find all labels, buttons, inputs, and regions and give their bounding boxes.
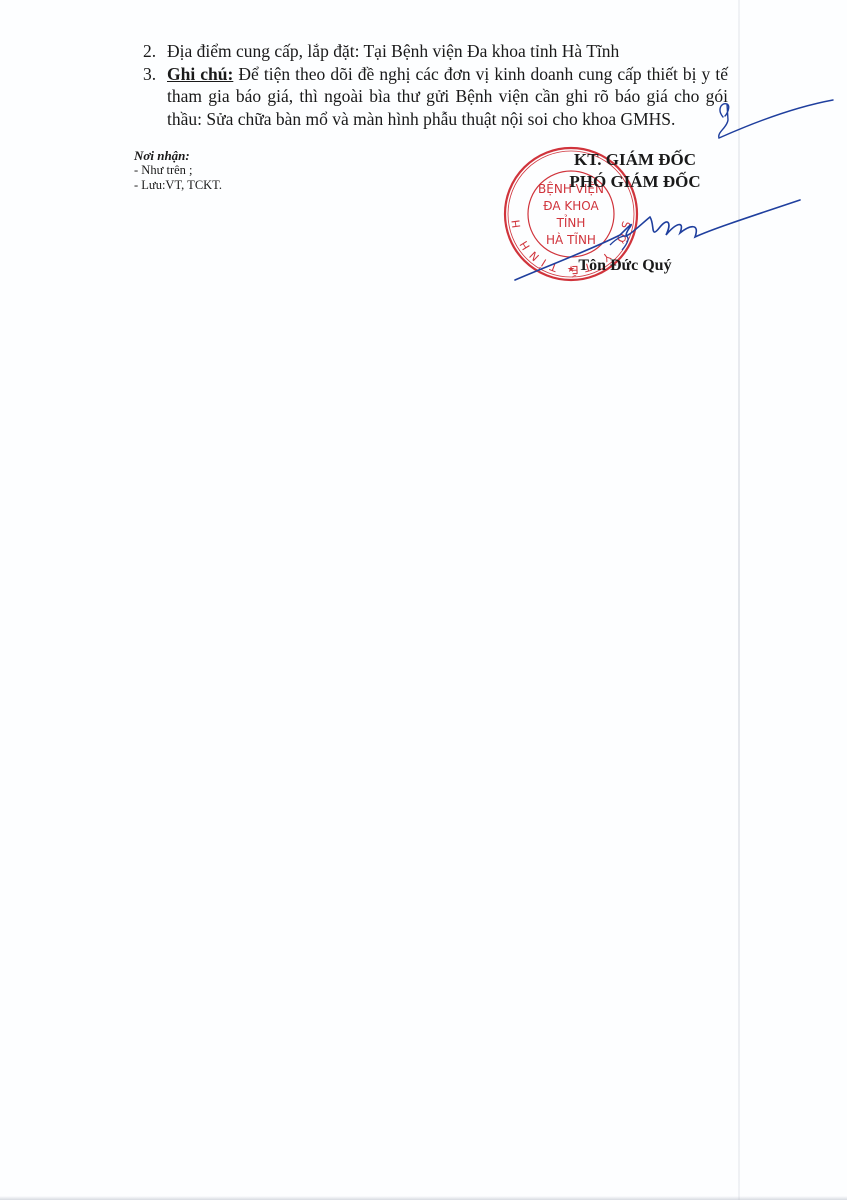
initial-mark-icon <box>715 92 835 152</box>
recipients-title: Nơi nhận: <box>134 148 222 163</box>
signature-title-block: KT. GIÁM ĐỐC PHÓ GIÁM ĐỐC <box>530 149 740 193</box>
list-text: Địa điểm cung cấp, lắp đặt: Tại Bệnh việ… <box>167 40 728 63</box>
list-item: 3. Ghi chú: Để tiện theo dõi đề nghị các… <box>143 63 728 131</box>
signature-title-line1: KT. GIÁM ĐỐC <box>530 149 740 171</box>
signer-name: Tôn Đức Quý <box>540 257 710 275</box>
recipient-item: - Như trên ; <box>134 163 222 178</box>
recipients-block: Nơi nhận: - Như trên ; - Lưu:VT, TCKT. <box>134 148 222 193</box>
list-text: Ghi chú: Để tiện theo dõi đề nghị các đơ… <box>167 63 728 131</box>
note-text: Để tiện theo dõi đề nghị các đơn vị kinh… <box>167 64 728 129</box>
svg-text:TỈNH: TỈNH <box>556 214 586 230</box>
recipient-item: - Lưu:VT, TCKT. <box>134 178 222 193</box>
svg-text:HÀ TĨNH: HÀ TĨNH <box>546 232 596 247</box>
list-item: 2. Địa điểm cung cấp, lắp đặt: Tại Bệnh … <box>143 40 728 63</box>
svg-text:ĐA KHOA: ĐA KHOA <box>543 199 599 213</box>
numbered-list: 2. Địa điểm cung cấp, lắp đặt: Tại Bệnh … <box>143 40 728 130</box>
signature-title-line2: PHÓ GIÁM ĐỐC <box>530 171 740 193</box>
list-number: 3. <box>143 63 167 131</box>
note-label: Ghi chú: <box>167 64 233 84</box>
list-number: 2. <box>143 40 167 63</box>
scan-bottom-edge <box>0 1196 847 1200</box>
